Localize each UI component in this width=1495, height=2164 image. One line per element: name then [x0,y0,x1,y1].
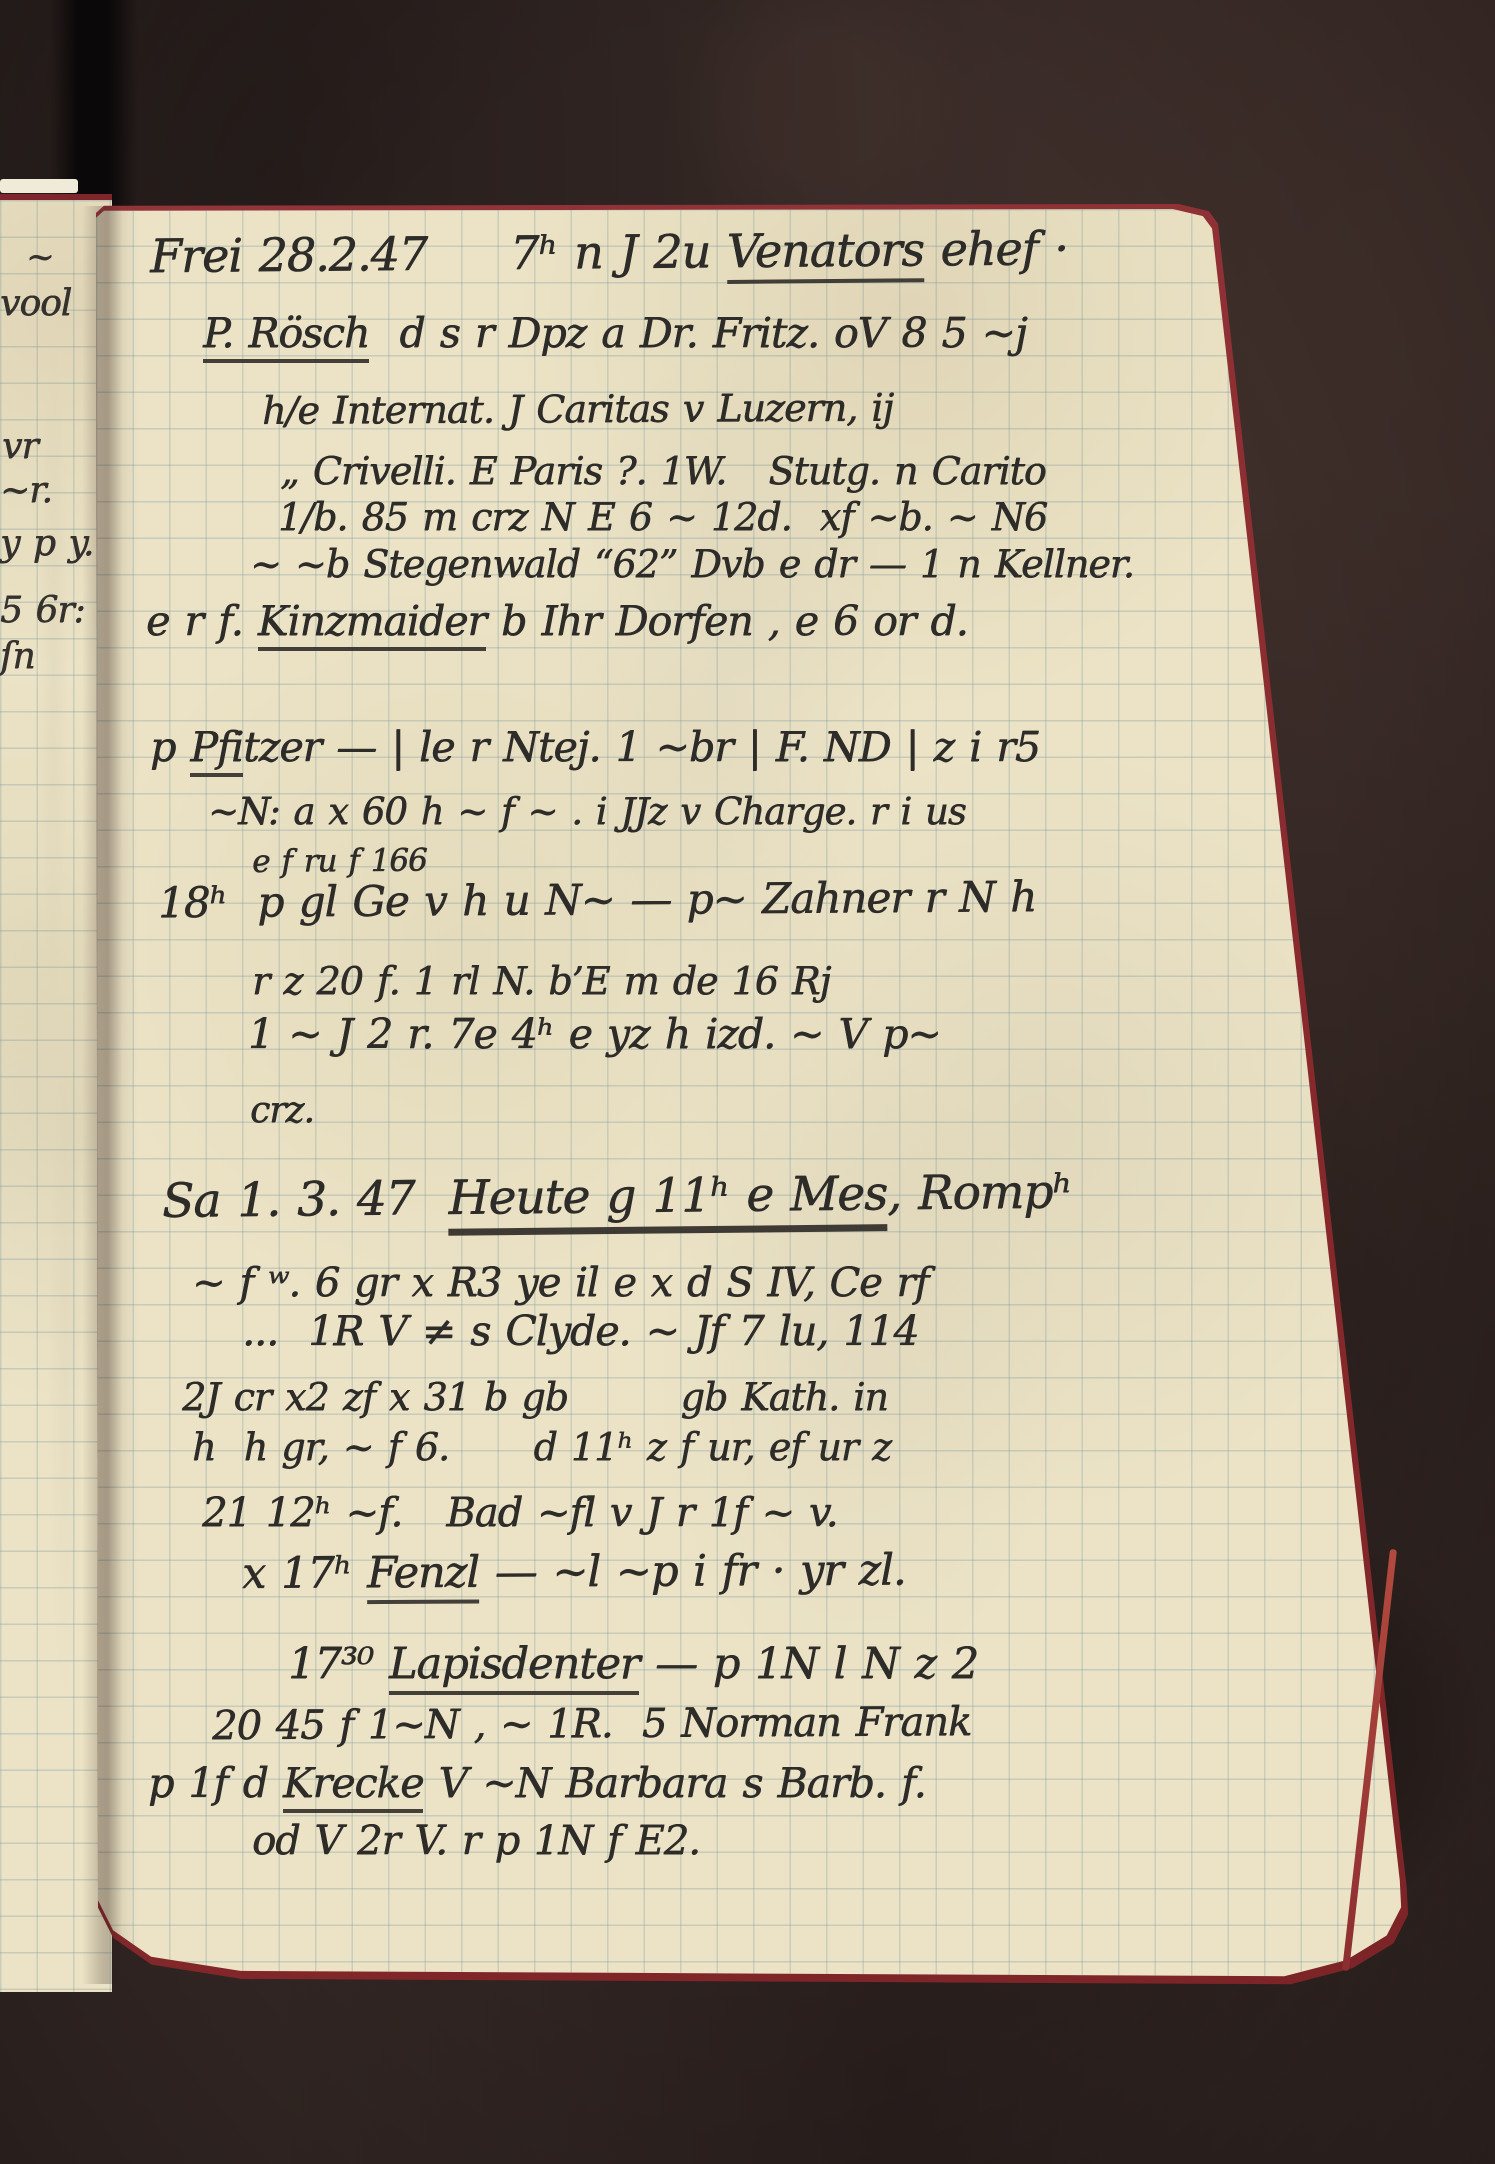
handwriting-line: P. Rösch d s r Dpz a Dr. Fritz. oV 8 5 ~… [203,312,1027,355]
underlined-text: Heute g 11ʰ e Mes [448,1166,887,1236]
text-segment: Sa 1. 3. 47 [162,1171,449,1229]
handwriting-line: 1 ~ J 2 r. 7e 4ʰ e yz h izd. ~ V p~ [248,1013,941,1056]
handwriting-line: 20 45 f 1~N , ~ 1R. 5 Norman Frank [212,1701,971,1747]
text-segment: ~ f ʷ. 6 gr x R3 ye il e x d S IV, Ce rf [192,1260,928,1306]
text-segment: p 1f d [148,1759,283,1807]
handwriting-line: e f ru f 166 [252,844,427,878]
handwriting-line: x 17ʰ Fenzl — ~l ~p i fr · yr zl. [242,1548,906,1597]
underlined-text: Lapisdenter [389,1639,640,1695]
text-segment: V ~N Barbara s Barb. f. [423,1759,925,1807]
text-segment: tzer — | le r Ntej. 1 ~br | F. ND | z i … [243,723,1040,771]
handwriting-line: 1/b. 85 m crz N E 6 ~ 12d. xf ~b. ~ N6 [278,498,1047,538]
handwriting-line: ~ ~b Stegenwald “62” Dvb e dr — 1 n Kell… [250,545,1134,585]
handwriting-fragment: ſn [0,638,35,676]
book-scan: { "document": { "kind": "Scanned handwri… [0,0,1495,2164]
handwriting-line: Sa 1. 3. 47 Heute g 11ʰ e Mes, Rompʰ [162,1167,1072,1226]
text-segment: 1 ~ J 2 r. 7e 4ʰ e yz h izd. ~ V p~ [248,1010,941,1058]
underlined-text: Fenzl [367,1547,479,1604]
handwriting-line: „ Crivelli. E Paris ?. 1W. Stutg. n Cari… [280,452,1046,492]
underlined-text: Pfi [190,723,243,777]
text-segment: 2J cr x2 zf x 31 b gb gb Kath. in [182,1375,888,1419]
page-red-edge: Frei 28.2.47 7ʰ n J 2u Venators ehef ·P.… [96,204,1416,1986]
text-segment: ehef · [924,221,1068,276]
text-segment: crz. [250,1090,314,1131]
text-segment: od V 2r V. r p 1N f E2. [252,1818,700,1864]
handwriting-line: p Pfitzer — | le r Ntej. 1 ~br | F. ND |… [150,726,1040,769]
text-segment: ... 1R V ≠ s Clyde. ~ Jf 7 lu, 114 [242,1307,918,1355]
text-segment: ~ ~b Stegenwald “62” Dvb e dr — 1 n Kell… [250,542,1134,586]
text-segment: 18ʰ p gl Ge v h u N~ — p~ Zahner r N h [158,872,1036,927]
handwriting-fragment: 5 6r: [0,592,85,630]
text-segment: e r f. [146,597,258,645]
text-segment: x 17ʰ [242,1548,367,1599]
text-segment: h h gr, ~ f 6. d 11ʰ z f ur, ef ur z [192,1425,891,1469]
handwriting-line: crz. [250,1092,314,1130]
handwriting-line: 21 12ʰ ~f. Bad ~fl v J r 1f ~ v. [202,1492,837,1534]
handwriting-line: h/e Internat. J Caritas v Luzern, ij [262,388,893,431]
handwriting-line: ~ f ʷ. 6 gr x R3 ye il e x d S IV, Ce rf [192,1262,928,1304]
gutter-shadow [82,206,126,1984]
handwriting-line: 18ʰ p gl Ge v h u N~ — p~ Zahner r N h [158,875,1036,925]
text-segment: — ~l ~p i fr · yr zl. [479,1545,906,1597]
text-segment: 17³⁰ [288,1639,389,1689]
handwriting-line: h h gr, ~ f 6. d 11ʰ z f ur, ef ur z [192,1428,891,1468]
underlined-text: Venators [727,222,925,284]
handwriting-line: p 1f d Krecke V ~N Barbara s Barb. f. [148,1762,926,1805]
underlined-text: Krecke [283,1759,424,1813]
handwriting-fragment: ~r. [0,472,52,510]
handwriting-line: r z 20 f. 1 rl N. b’E m de 16 Rj [252,962,830,1002]
handwriting-fragment: ~ [26,240,54,276]
handwriting-line: od V 2r V. r p 1N f E2. [252,1820,700,1862]
handwriting-fragment: y p y. [0,525,93,563]
text-segment: p [150,723,190,771]
text-segment: h/e Internat. J Caritas v Luzern, ij [262,385,893,432]
text-segment: 1/b. 85 m crz N E 6 ~ 12d. xf ~b. ~ N6 [278,495,1047,539]
handwriting-ink-layer: Frei 28.2.47 7ʰ n J 2u Venators ehef ·P.… [96,209,1409,1978]
text-segment: — p 1N l N z 2 [639,1639,978,1689]
left-page-edge-highlight [0,179,78,193]
underlined-text: P. Rösch [203,309,369,363]
handwriting-fragment: vr [2,428,38,466]
text-segment: r z 20 f. 1 rl N. b’E m de 16 Rj [252,959,830,1003]
handwriting-line: 2J cr x2 zf x 31 b gb gb Kath. in [182,1378,888,1418]
text-segment: e f ru f 166 [252,842,427,880]
handwriting-line: ... 1R V ≠ s Clyde. ~ Jf 7 lu, 114 [242,1310,918,1353]
text-segment: 21 12ʰ ~f. Bad ~fl v J r 1f ~ v. [202,1490,837,1536]
text-segment: b Ihr Dorfen , e 6 or d. [486,597,968,645]
text-segment: , Rompʰ [887,1164,1072,1221]
handwriting-line: 17³⁰ Lapisdenter — p 1N l N z 2 [288,1642,978,1687]
handwriting-line: ~N: a x 60 h ~ f ~ . i JJz v Charge. r i… [208,793,966,832]
text-segment: Frei 28.2.47 7ʰ n J 2u [150,224,727,283]
text-segment: d s r Dpz a Dr. Fritz. oV 8 5 ~j [369,309,1026,357]
handwriting-fragment: vool [0,285,71,323]
handwriting-line: e r f. Kinzmaider b Ihr Dorfen , e 6 or … [146,600,968,643]
notebook-page: Frei 28.2.47 7ʰ n J 2u Venators ehef ·P.… [96,209,1409,1978]
text-segment: „ Crivelli. E Paris ?. 1W. Stutg. n Cari… [280,449,1046,493]
handwriting-line: Frei 28.2.47 7ʰ n J 2u Venators ehef · [150,224,1068,280]
underlined-text: Kinzmaider [258,597,486,651]
text-segment: 20 45 f 1~N , ~ 1R. 5 Norman Frank [212,1699,971,1749]
text-segment: ~N: a x 60 h ~ f ~ . i JJz v Charge. r i… [208,790,966,833]
